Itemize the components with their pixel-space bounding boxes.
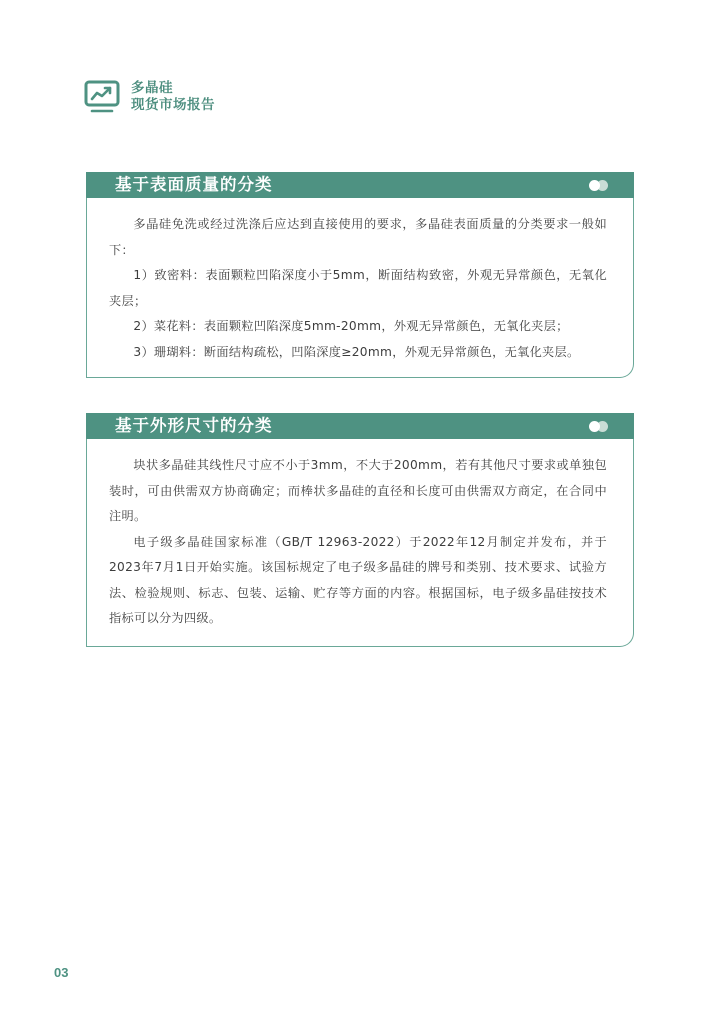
section-body: 块状多晶硅其线性尺寸应不小于3mm，不大于200mm，若有其他尺寸要求或单独包装… — [86, 439, 634, 647]
report-brand: 多晶硅 现货市场报告 — [84, 79, 215, 115]
section-surface-quality: 基于表面质量的分类 多晶硅免洗或经过洗涤后应达到直接使用的要求，多晶硅表面质量的… — [86, 172, 634, 378]
section-body: 多晶硅免洗或经过洗涤后应达到直接使用的要求，多晶硅表面质量的分类要求一般如下： … — [86, 198, 634, 378]
toggle-dots-icon — [589, 421, 609, 432]
paragraph: 多晶硅免洗或经过洗涤后应达到直接使用的要求，多晶硅表面质量的分类要求一般如下： — [109, 212, 607, 263]
page-number: 03 — [54, 965, 68, 980]
toggle-dots-icon — [589, 180, 609, 191]
section-title: 基于表面质量的分类 — [115, 172, 273, 198]
paragraph: 块状多晶硅其线性尺寸应不小于3mm，不大于200mm，若有其他尺寸要求或单独包装… — [109, 453, 607, 530]
list-item: 1）致密料：表面颗粒凹陷深度小于5mm，断面结构致密，外观无异常颜色，无氧化夹层… — [109, 263, 607, 314]
section-shape-size: 基于外形尺寸的分类 块状多晶硅其线性尺寸应不小于3mm，不大于200mm，若有其… — [86, 413, 634, 647]
monitor-trending-up-icon — [84, 79, 120, 115]
paragraph: 电子级多晶硅国家标准（GB/T 12963-2022）于2022年12月制定并发… — [109, 530, 607, 632]
dot-front — [589, 180, 600, 191]
report-title-line1: 多晶硅 — [131, 80, 215, 97]
section-title: 基于外形尺寸的分类 — [115, 413, 273, 439]
list-item: 2）菜花料：表面颗粒凹陷深度5mm-20mm，外观无异常颜色，无氧化夹层； — [109, 314, 607, 340]
section-header: 基于表面质量的分类 — [86, 172, 634, 198]
report-title-line2: 现货市场报告 — [131, 97, 215, 114]
report-title: 多晶硅 现货市场报告 — [131, 80, 215, 114]
dot-front — [589, 421, 600, 432]
list-item: 3）珊瑚料：断面结构疏松，凹陷深度≥20mm，外观无异常颜色，无氧化夹层。 — [109, 340, 607, 366]
section-header: 基于外形尺寸的分类 — [86, 413, 634, 439]
